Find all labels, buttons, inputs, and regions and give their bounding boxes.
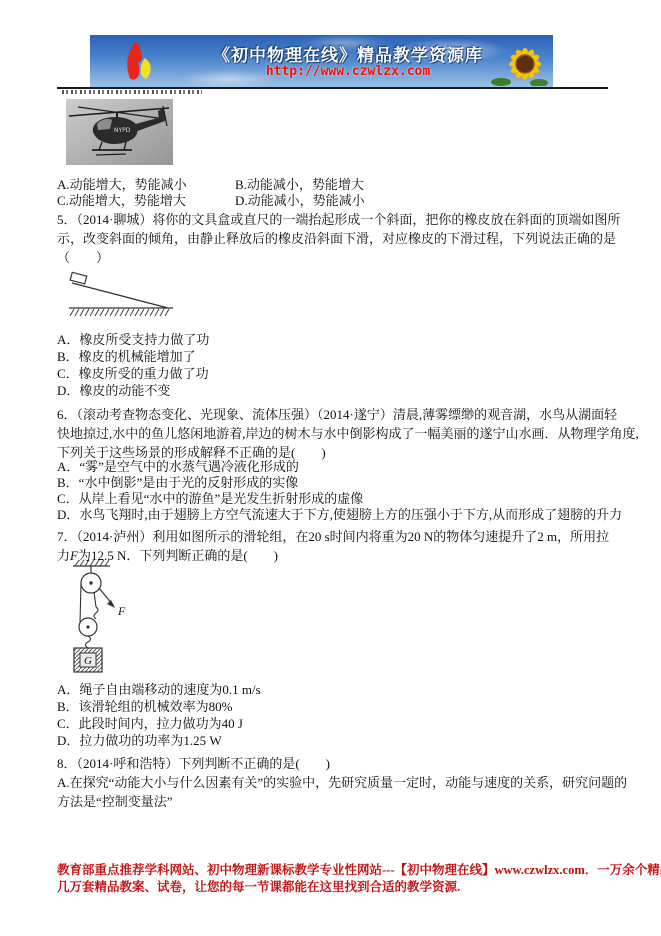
option-item: D．拉力做功的功率为1.25 W [57, 732, 617, 749]
site-footer: 教育部重点推荐学科网站、初中物理新课标教学专业性网站---【初中物理在线】www… [57, 862, 617, 896]
question-line: A.在探究“动能大小与什么因素有关”的实验中，先研究质量一定时，动能与速度的关系… [57, 773, 617, 792]
question-6-options: A．“雾”是空气中的水蒸气遇冷液化形成的 B．“水中倒影”是由于光的反射形成的实… [57, 459, 617, 523]
footer-line: 几万套精品教案、试卷，让您的每一节课都能在这里找到合适的教学资源. [57, 879, 617, 896]
sunflower-icon [489, 38, 551, 87]
question-8-text: 8．（2014·呼和浩特）下列判断不正确的是( ) A.在探究“动能大小与什么因… [57, 754, 617, 811]
option-item: D．橡皮的动能不变 [57, 382, 617, 399]
option-item: A．“雾”是空气中的水蒸气遇冷液化形成的 [57, 459, 617, 475]
option-item: A．绳子自由端移动的速度为0.1 m/s [57, 681, 617, 698]
option-item: B．“水中倒影”是由于光的反射形成的实像 [57, 475, 617, 491]
option-item: B．该滑轮组的机械效率为80% [57, 698, 617, 715]
question-7-text: 7．（2014·泸州）利用如图所示的滑轮组，在20 s时间内将重为20 N的物体… [57, 527, 617, 565]
site-banner: 《初中物理在线》精品教学资源库 http://www.czwlzx.com [90, 35, 553, 87]
question-line: 7．（2014·泸州）利用如图所示的滑轮组，在20 s时间内将重为20 N的物体… [57, 527, 617, 546]
horizontal-rule [57, 87, 608, 89]
option-item: A．橡皮所受支持力做了功 [57, 331, 617, 348]
helicopter-tail-label: NYPD [114, 127, 131, 134]
flame-logo-icon [118, 39, 156, 87]
footer-line: 教育部重点推荐学科网站、初中物理新课标教学专业性网站---【初中物理在线】www… [57, 862, 617, 879]
helicopter-photo: NYPD [66, 99, 173, 170]
option-item: C．此段时间内，拉力做功为40 J [57, 715, 617, 732]
question-line: 快地掠过,水中的鱼儿悠闲地游着,岸边的树木与水中倒影构成了一幅美丽的遂宁山水画．… [57, 424, 617, 443]
question-7-options: A．绳子自由端移动的速度为0.1 m/s B．该滑轮组的机械效率为80% C．此… [57, 681, 617, 749]
weight-label: G [84, 655, 92, 667]
question-4-options: A.动能增大，势能减小 B.动能减小，势能增大 C.动能增大，势能增大 D.动能… [57, 177, 617, 209]
option-item: B.动能减小，势能增大 [235, 177, 617, 193]
question-line: 5．（2014·聊城）将你的文具盒或直尺的一端抬起形成一个斜面，把你的橡皮放在斜… [57, 210, 617, 229]
question-line: 8．（2014·呼和浩特）下列判断不正确的是( ) [57, 754, 617, 773]
option-item: B．橡皮的机械能增加了 [57, 348, 617, 365]
force-label: F [117, 604, 126, 618]
banner-url-link[interactable]: http://www.czwlzx.com [198, 64, 498, 79]
question-line: （ ） [57, 248, 617, 267]
question-line: 力F为12.5 N．下列判断正确的是( ) [57, 546, 617, 565]
worksheet-page: 《初中物理在线》精品教学资源库 http://www.czwlzx.com [0, 0, 661, 936]
question-6-text: 6．（滚动考查物态变化、光现象、流体压强）（2014·遂宁）清晨,薄雾缥缈的观音… [57, 405, 617, 462]
fine-print-line [62, 90, 202, 94]
question-line: 示，改变斜面的倾角，由静止释放后的橡皮沿斜面下滑，对应橡皮的下滑过程，下列说法正… [57, 229, 617, 248]
option-item: D.动能减小，势能减小 [235, 193, 617, 209]
question-5-text: 5．（2014·聊城）将你的文具盒或直尺的一端抬起形成一个斜面，把你的橡皮放在斜… [57, 210, 617, 267]
question-line: 方法是“控制变量法” [57, 792, 617, 811]
option-item: C．橡皮所受的重力做了功 [57, 365, 617, 382]
option-item: C．从岸上看见“水中的游鱼”是光发生折射形成的虚像 [57, 491, 617, 507]
pulley-system-figure: F G [60, 557, 138, 678]
option-item: C.动能增大，势能增大 [57, 193, 235, 209]
question-5-options: A．橡皮所受支持力做了功 B．橡皮的机械能增加了 C．橡皮所受的重力做了功 D．… [57, 331, 617, 399]
option-item: A.动能增大，势能减小 [57, 177, 235, 193]
inclined-plane-figure [66, 270, 178, 325]
question-line: 6．（滚动考查物态变化、光现象、流体压强）（2014·遂宁）清晨,薄雾缥缈的观音… [57, 405, 617, 424]
banner-title: 《初中物理在线》精品教学资源库 [198, 41, 498, 66]
option-item: D．水鸟飞翔时,由于翅膀上方空气流速大于下方,使翅膀上方的压强小于下方,从而形成… [57, 507, 617, 523]
